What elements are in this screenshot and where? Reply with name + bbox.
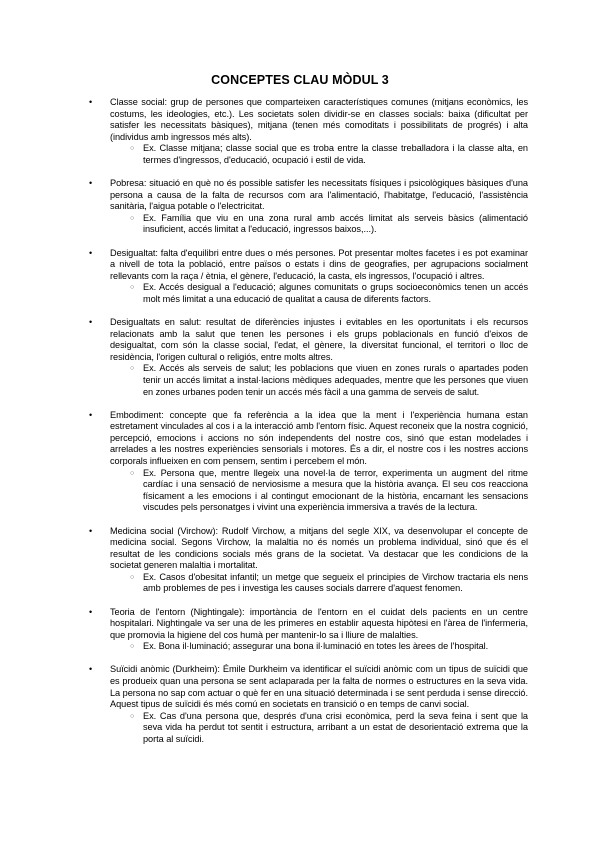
example-text: Ex. Classe mitjana; classe social que es… (143, 143, 528, 166)
concept-definition: Desigualtat: falta d'equilibri entre due… (110, 248, 528, 283)
concept-definition: Classe social: grup de persones que comp… (110, 97, 528, 143)
document-page: CONCEPTES CLAU MÒDUL 3 • Classe social: … (0, 0, 600, 848)
example-item: ○ Ex. Accés desigual a l'educació; algun… (110, 282, 528, 305)
sub-bullet-icon: ○ (130, 363, 134, 375)
concept-item: • Desigualtats en salut: resultat de dif… (86, 317, 528, 398)
example-list: ○ Ex. Casos d'obesitat infantil; un metg… (110, 572, 528, 595)
page-title: CONCEPTES CLAU MÒDUL 3 (0, 73, 600, 87)
concept-item: • Pobresa: situació en què no és possibl… (86, 178, 528, 236)
example-text: Ex. Família que viu en una zona rural am… (143, 213, 528, 236)
bullet-icon: • (89, 664, 92, 676)
concept-item: • Classe social: grup de persones que co… (86, 97, 528, 167)
bullet-icon: • (89, 607, 92, 619)
concept-definition: Pobresa: situació en què no és possible … (110, 178, 528, 213)
example-text: Ex. Bona il·luminació; assegurar una bon… (143, 641, 528, 653)
bullet-list: • Classe social: grup de persones que co… (86, 97, 528, 746)
example-item: ○ Ex. Classe mitjana; classe social que … (110, 143, 528, 166)
example-text: Ex. Accés als serveis de salut; les pobl… (143, 363, 528, 398)
example-item: ○ Ex. Bona il·luminació; assegurar una b… (110, 641, 528, 653)
sub-bullet-icon: ○ (130, 143, 134, 155)
sub-bullet-icon: ○ (130, 282, 134, 294)
concept-definition: Teoria de l'entorn (Nightingale): import… (110, 607, 528, 642)
concept-definition: Embodiment: concepte que fa referència a… (110, 410, 528, 468)
concept-item: • Medicina social (Virchow): Rudolf Virc… (86, 526, 528, 596)
example-item: ○ Ex. Família que viu en una zona rural … (110, 213, 528, 236)
example-item: ○ Ex. Cas d'una persona que, després d'u… (110, 711, 528, 746)
concept-item: • Suïcidi anòmic (Durkheim): Émile Durkh… (86, 664, 528, 745)
example-text: Ex. Casos d'obesitat infantil; un metge … (143, 572, 528, 595)
bullet-icon: • (89, 317, 92, 329)
example-list: ○ Ex. Cas d'una persona que, després d'u… (110, 711, 528, 746)
example-list: ○ Ex. Accés desigual a l'educació; algun… (110, 282, 528, 305)
example-list: ○ Ex. Bona il·luminació; assegurar una b… (110, 641, 528, 653)
concept-list: • Classe social: grup de persones que co… (86, 97, 528, 757)
bullet-icon: • (89, 178, 92, 190)
concept-item: • Teoria de l'entorn (Nightingale): impo… (86, 607, 528, 653)
concept-definition: Suïcidi anòmic (Durkheim): Émile Durkhei… (110, 664, 528, 710)
concept-definition: Desigualtats en salut: resultat de difer… (110, 317, 528, 363)
bullet-icon: • (89, 97, 92, 109)
example-text: Ex. Accés desigual a l'educació; algunes… (143, 282, 528, 305)
example-text: Ex. Cas d'una persona que, després d'una… (143, 711, 528, 746)
bullet-icon: • (89, 526, 92, 538)
concept-definition: Medicina social (Virchow): Rudolf Vircho… (110, 526, 528, 572)
sub-bullet-icon: ○ (130, 572, 134, 584)
sub-bullet-icon: ○ (130, 213, 134, 225)
sub-bullet-icon: ○ (130, 641, 134, 653)
example-list: ○ Ex. Accés als serveis de salut; les po… (110, 363, 528, 398)
sub-bullet-icon: ○ (130, 468, 134, 480)
example-list: ○ Ex. Classe mitjana; classe social que … (110, 143, 528, 166)
concept-item: • Embodiment: concepte que fa referència… (86, 410, 528, 514)
example-item: ○ Ex. Casos d'obesitat infantil; un metg… (110, 572, 528, 595)
concept-item: • Desigualtat: falta d'equilibri entre d… (86, 248, 528, 306)
example-item: ○ Ex. Persona que, mentre llegeix una no… (110, 468, 528, 514)
bullet-icon: • (89, 410, 92, 422)
example-item: ○ Ex. Accés als serveis de salut; les po… (110, 363, 528, 398)
sub-bullet-icon: ○ (130, 711, 134, 723)
example-list: ○ Ex. Persona que, mentre llegeix una no… (110, 468, 528, 514)
example-list: ○ Ex. Família que viu en una zona rural … (110, 213, 528, 236)
example-text: Ex. Persona que, mentre llegeix una nove… (143, 468, 528, 514)
bullet-icon: • (89, 248, 92, 260)
